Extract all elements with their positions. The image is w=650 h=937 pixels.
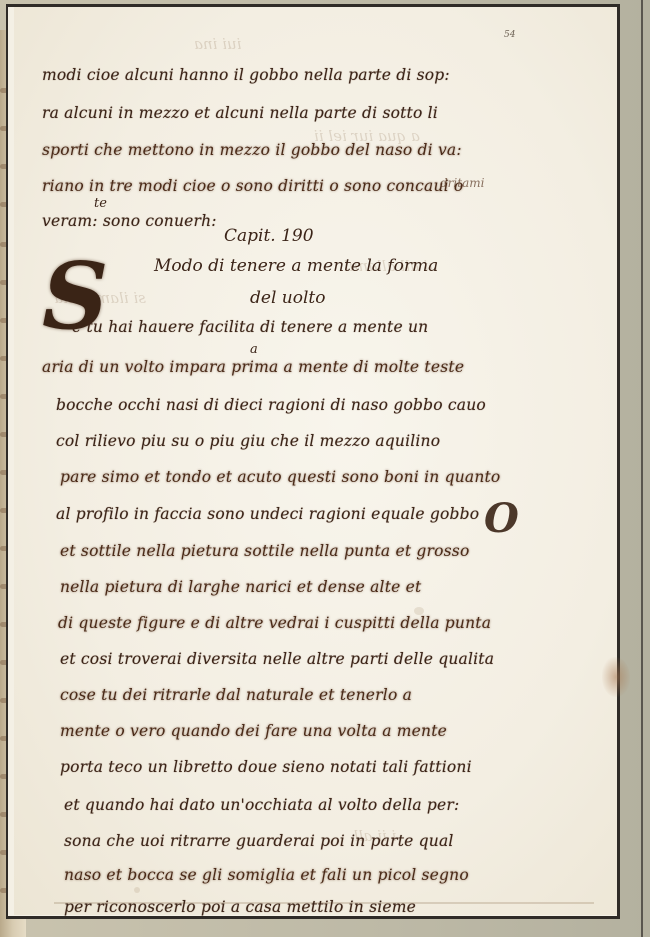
margin-note: dritami xyxy=(440,176,484,190)
text-line: e tu hai hauere facilita di tenere a men… xyxy=(72,318,428,336)
text-line: porta teco un libretto doue sieno notati… xyxy=(60,758,472,776)
mount-edge-line xyxy=(641,0,643,937)
text-line: col rilievo piu su o piu giu che il mezz… xyxy=(56,432,440,450)
text-line: modi cioe alcuni hanno il gobbo nella pa… xyxy=(42,66,450,84)
text-line: bocche occhi nasi di dieci ragioni di na… xyxy=(56,396,486,414)
chapter-title-line-2: del uolto xyxy=(250,288,325,308)
text-line: veram: sono conuerh: xyxy=(42,212,217,230)
text-line: sona che uoi ritrarre guarderai poi in p… xyxy=(64,832,454,850)
text-line: aria di un volto impara prima a mente di… xyxy=(42,358,464,376)
ink-stain xyxy=(602,657,630,697)
folio-number: 54 xyxy=(504,30,515,40)
text-line: ra alcuni in mezzo et alcuni nella parte… xyxy=(42,104,438,122)
margin-flourish-o: O xyxy=(484,495,519,542)
text-line: sporti che mettono in mezzo il gobbo del… xyxy=(42,141,462,159)
text-line: al profilo in faccia sono undeci ragioni… xyxy=(56,505,479,523)
text-line: per riconoscerlo poi a casa mettilo in s… xyxy=(64,898,416,916)
interlinear-insertion: a xyxy=(250,342,258,357)
text-line: riano in tre modi cioe o sono diritti o … xyxy=(42,177,463,195)
interlinear-insertion: te xyxy=(94,196,107,211)
text-line: pare simo et tondo et acuto questi sono … xyxy=(60,468,500,486)
text-line: cose tu dei ritrarle dal naturale et ten… xyxy=(60,686,412,704)
text-line: di queste figure e di altre vedrai i cus… xyxy=(58,614,491,632)
text-line: naso et bocca se gli somiglia et fali un… xyxy=(64,866,469,884)
chapter-heading: Capit. 190 xyxy=(224,226,314,246)
text-line: et sottile nella pietura sottile nella p… xyxy=(60,542,469,560)
paper-foxing-spot xyxy=(134,887,140,893)
text-line: nella pietura di larghe narici et dense … xyxy=(60,578,421,596)
chapter-title-line-1: Modo di tenere a mente la forma xyxy=(154,256,438,276)
text-line: mente o vero quando dei fare una volta a… xyxy=(60,722,447,740)
bleed-through-text: iui ina xyxy=(194,35,241,53)
text-line: et quando hai dato un'occhiata al volto … xyxy=(64,796,459,814)
text-line: et cosi troverai diversita nelle altre p… xyxy=(60,650,494,668)
